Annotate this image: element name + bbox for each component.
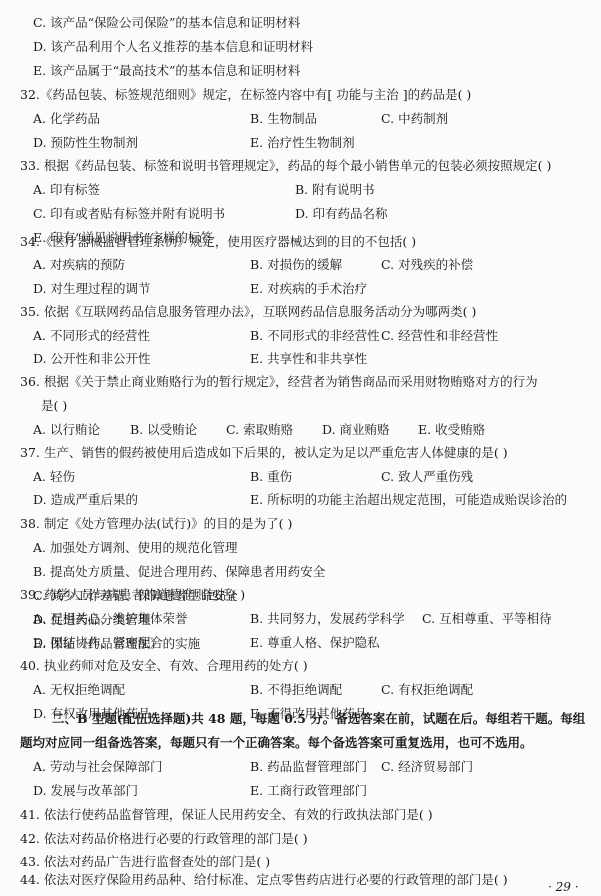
q41-stem: 41. 依法行使药品监督管理，保证人民用药安全、有效的行政执法部门是( ): [20, 806, 433, 823]
section-b-option-d: D. 发展与改革部门: [33, 782, 138, 799]
section-b-option-a: A. 劳动与社会保障部门: [33, 758, 162, 775]
q43-stem: 43. 依法对药品广告进行监督查处的部门是( ): [20, 853, 270, 870]
section-b-heading-line2: 题均对应同一组备选答案，每题只有一个正确答案。每个备选答案可重复选用，也可不选用…: [20, 734, 533, 751]
q44-stem: 44. 依法对医疗保险用药品种、给付标准、定点零售药店进行必要的行政管理的部门是…: [20, 871, 508, 888]
section-b: 二、B 型题(配伍选择题)共 48 题，每题 0.5 分。备选答案在前，试题在后…: [0, 0, 601, 896]
section-b-heading-line1: 二、B 型题(配伍选择题)共 48 题，每题 0.5 分。备选答案在前，试题在后…: [52, 710, 585, 727]
section-b-option-c: C. 经济贸易部门: [381, 758, 473, 775]
q42-stem: 42. 依法对药品价格进行必要的行政管理的部门是( ): [20, 830, 308, 847]
page-number: · 29 ·: [548, 880, 579, 894]
section-b-option-b: B. 药品监督管理部门: [250, 758, 367, 775]
section-b-option-e: E. 工商行政管理部门: [250, 782, 367, 799]
